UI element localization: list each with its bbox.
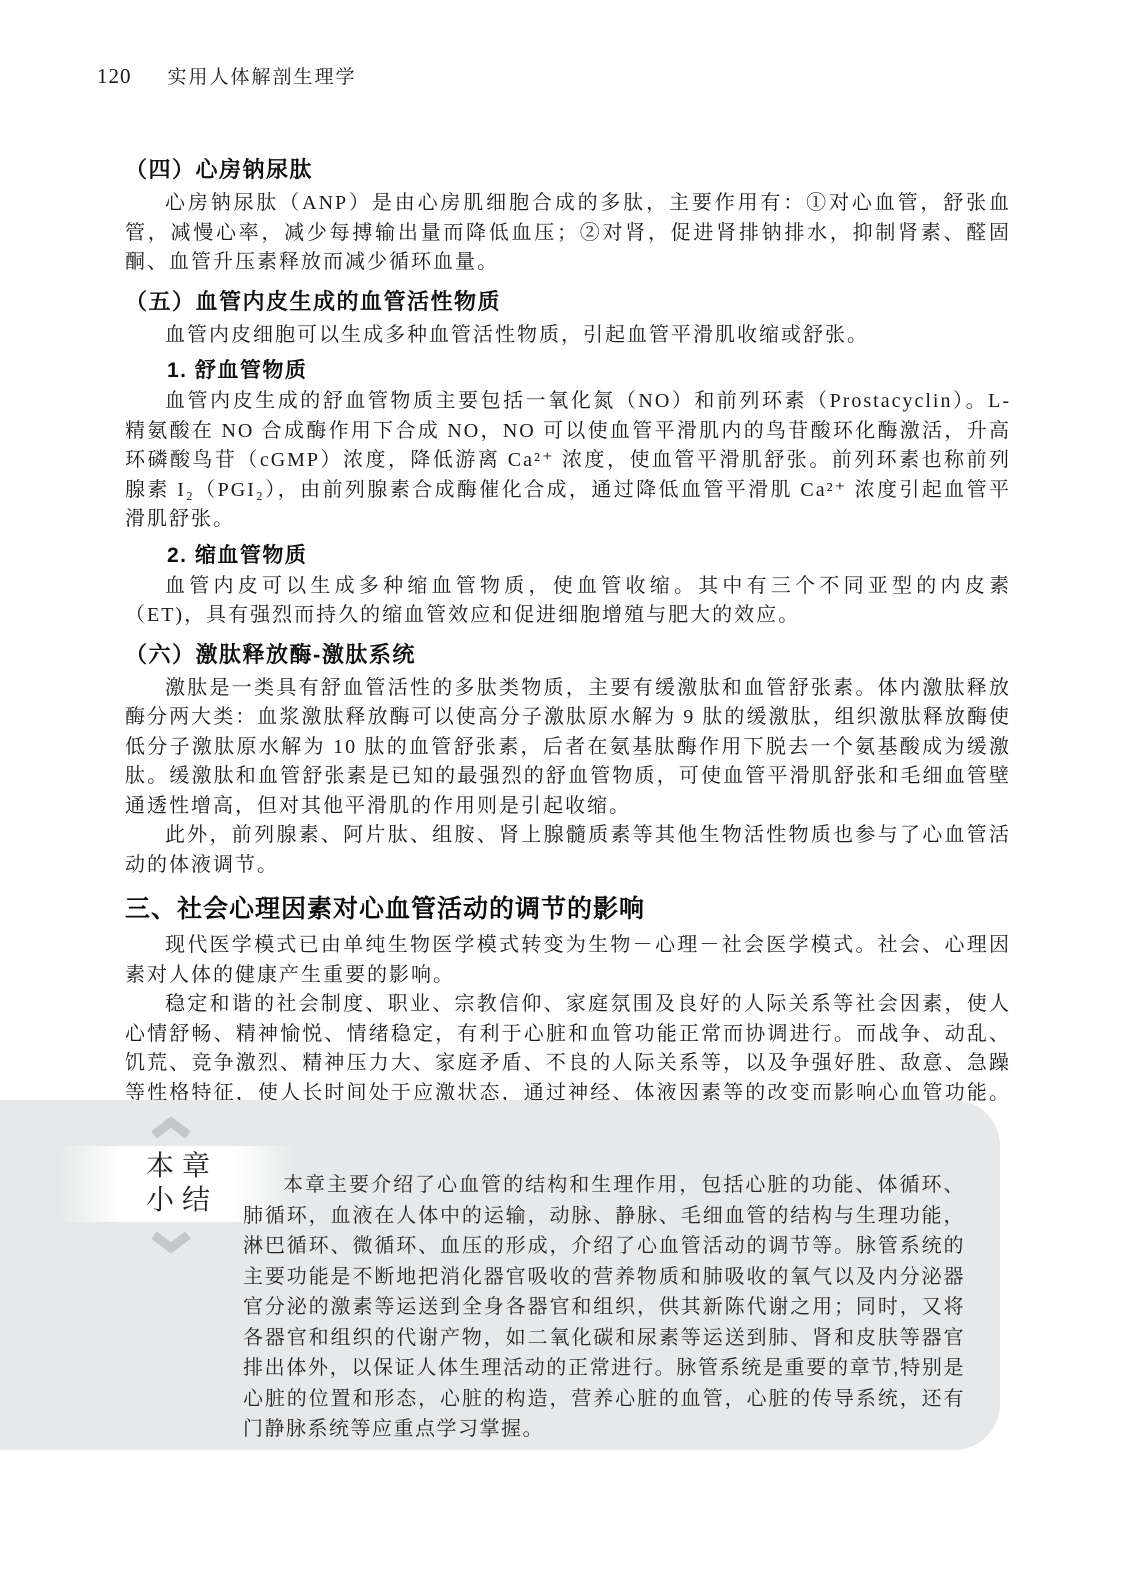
chevron-down-icon <box>150 1231 192 1253</box>
para-psychosocial-1: 现代医学模式已由单纯生物医学模式转变为生物－心理－社会医学模式。社会、心理因素对… <box>125 931 1011 990</box>
chapter-summary-box: 本章 小结 本章主要介绍了心血管的结构和生理作用，包括心脏的功能、体循环、肺循环… <box>0 1100 1000 1450</box>
heading-section-endothelium: （五）血管内皮生成的血管活性物质 <box>125 285 1011 316</box>
heading-vasodilator-substances: 1. 舒血管物质 <box>167 354 1011 384</box>
para-endothelium-intro: 血管内皮细胞可以生成多种血管活性物质，引起血管平滑肌收缩或舒张。 <box>125 321 1011 351</box>
page-header: 120 实用人体解剖生理学 <box>97 62 357 89</box>
para-vasoconstrictor-substances: 血管内皮可以生成多种缩血管物质，使血管收缩。其中有三个不同亚型的内皮素（ET)，… <box>125 572 1011 631</box>
chapter-summary-label-line1: 本章 <box>138 1150 218 1184</box>
chapter-summary-text: 本章主要介绍了心血管的结构和生理作用，包括心脏的功能、体循环、肺循环，血液在人体… <box>243 1170 965 1445</box>
para-anp: 心房钠尿肽（ANP）是由心房肌细胞合成的多肽，主要作用有：①对心血管，舒张血管，… <box>125 189 1011 278</box>
chapter-summary-label-line2: 小结 <box>138 1184 218 1218</box>
heading-vasoconstrictor-substances: 2. 缩血管物质 <box>167 539 1011 569</box>
para-kallikrein-2: 此外，前列腺素、阿片肽、组胺、肾上腺髓质素等其他生物活性物质也参与了心血管活动的… <box>125 821 1011 880</box>
page-number: 120 <box>97 64 132 89</box>
para-vasodilator-substances: 血管内皮生成的舒血管物质主要包括一氧化氮（NO）和前列环素（Prostacycl… <box>125 387 1011 535</box>
heading-section-kallikrein: （六）激肽释放酶-激肽系统 <box>125 638 1011 669</box>
textbook-page: 120 实用人体解剖生理学 （四）心房钠尿肽 心房钠尿肽（ANP）是由心房肌细胞… <box>0 0 1127 1570</box>
para-kallikrein-1: 激肽是一类具有舒血管活性的多肽类物质，主要有缓激肽和血管舒张素。体内激肽释放酶分… <box>125 674 1011 822</box>
chevron-up-icon <box>150 1117 192 1139</box>
heading-psychosocial: 三、社会心理因素对心血管活动的调节的影响 <box>125 889 1011 925</box>
book-title: 实用人体解剖生理学 <box>168 62 357 89</box>
page-content: （四）心房钠尿肽 心房钠尿肽（ANP）是由心房肌细胞合成的多肽，主要作用有：①对… <box>125 146 1011 1138</box>
heading-section-anp: （四）心房钠尿肽 <box>125 153 1011 184</box>
